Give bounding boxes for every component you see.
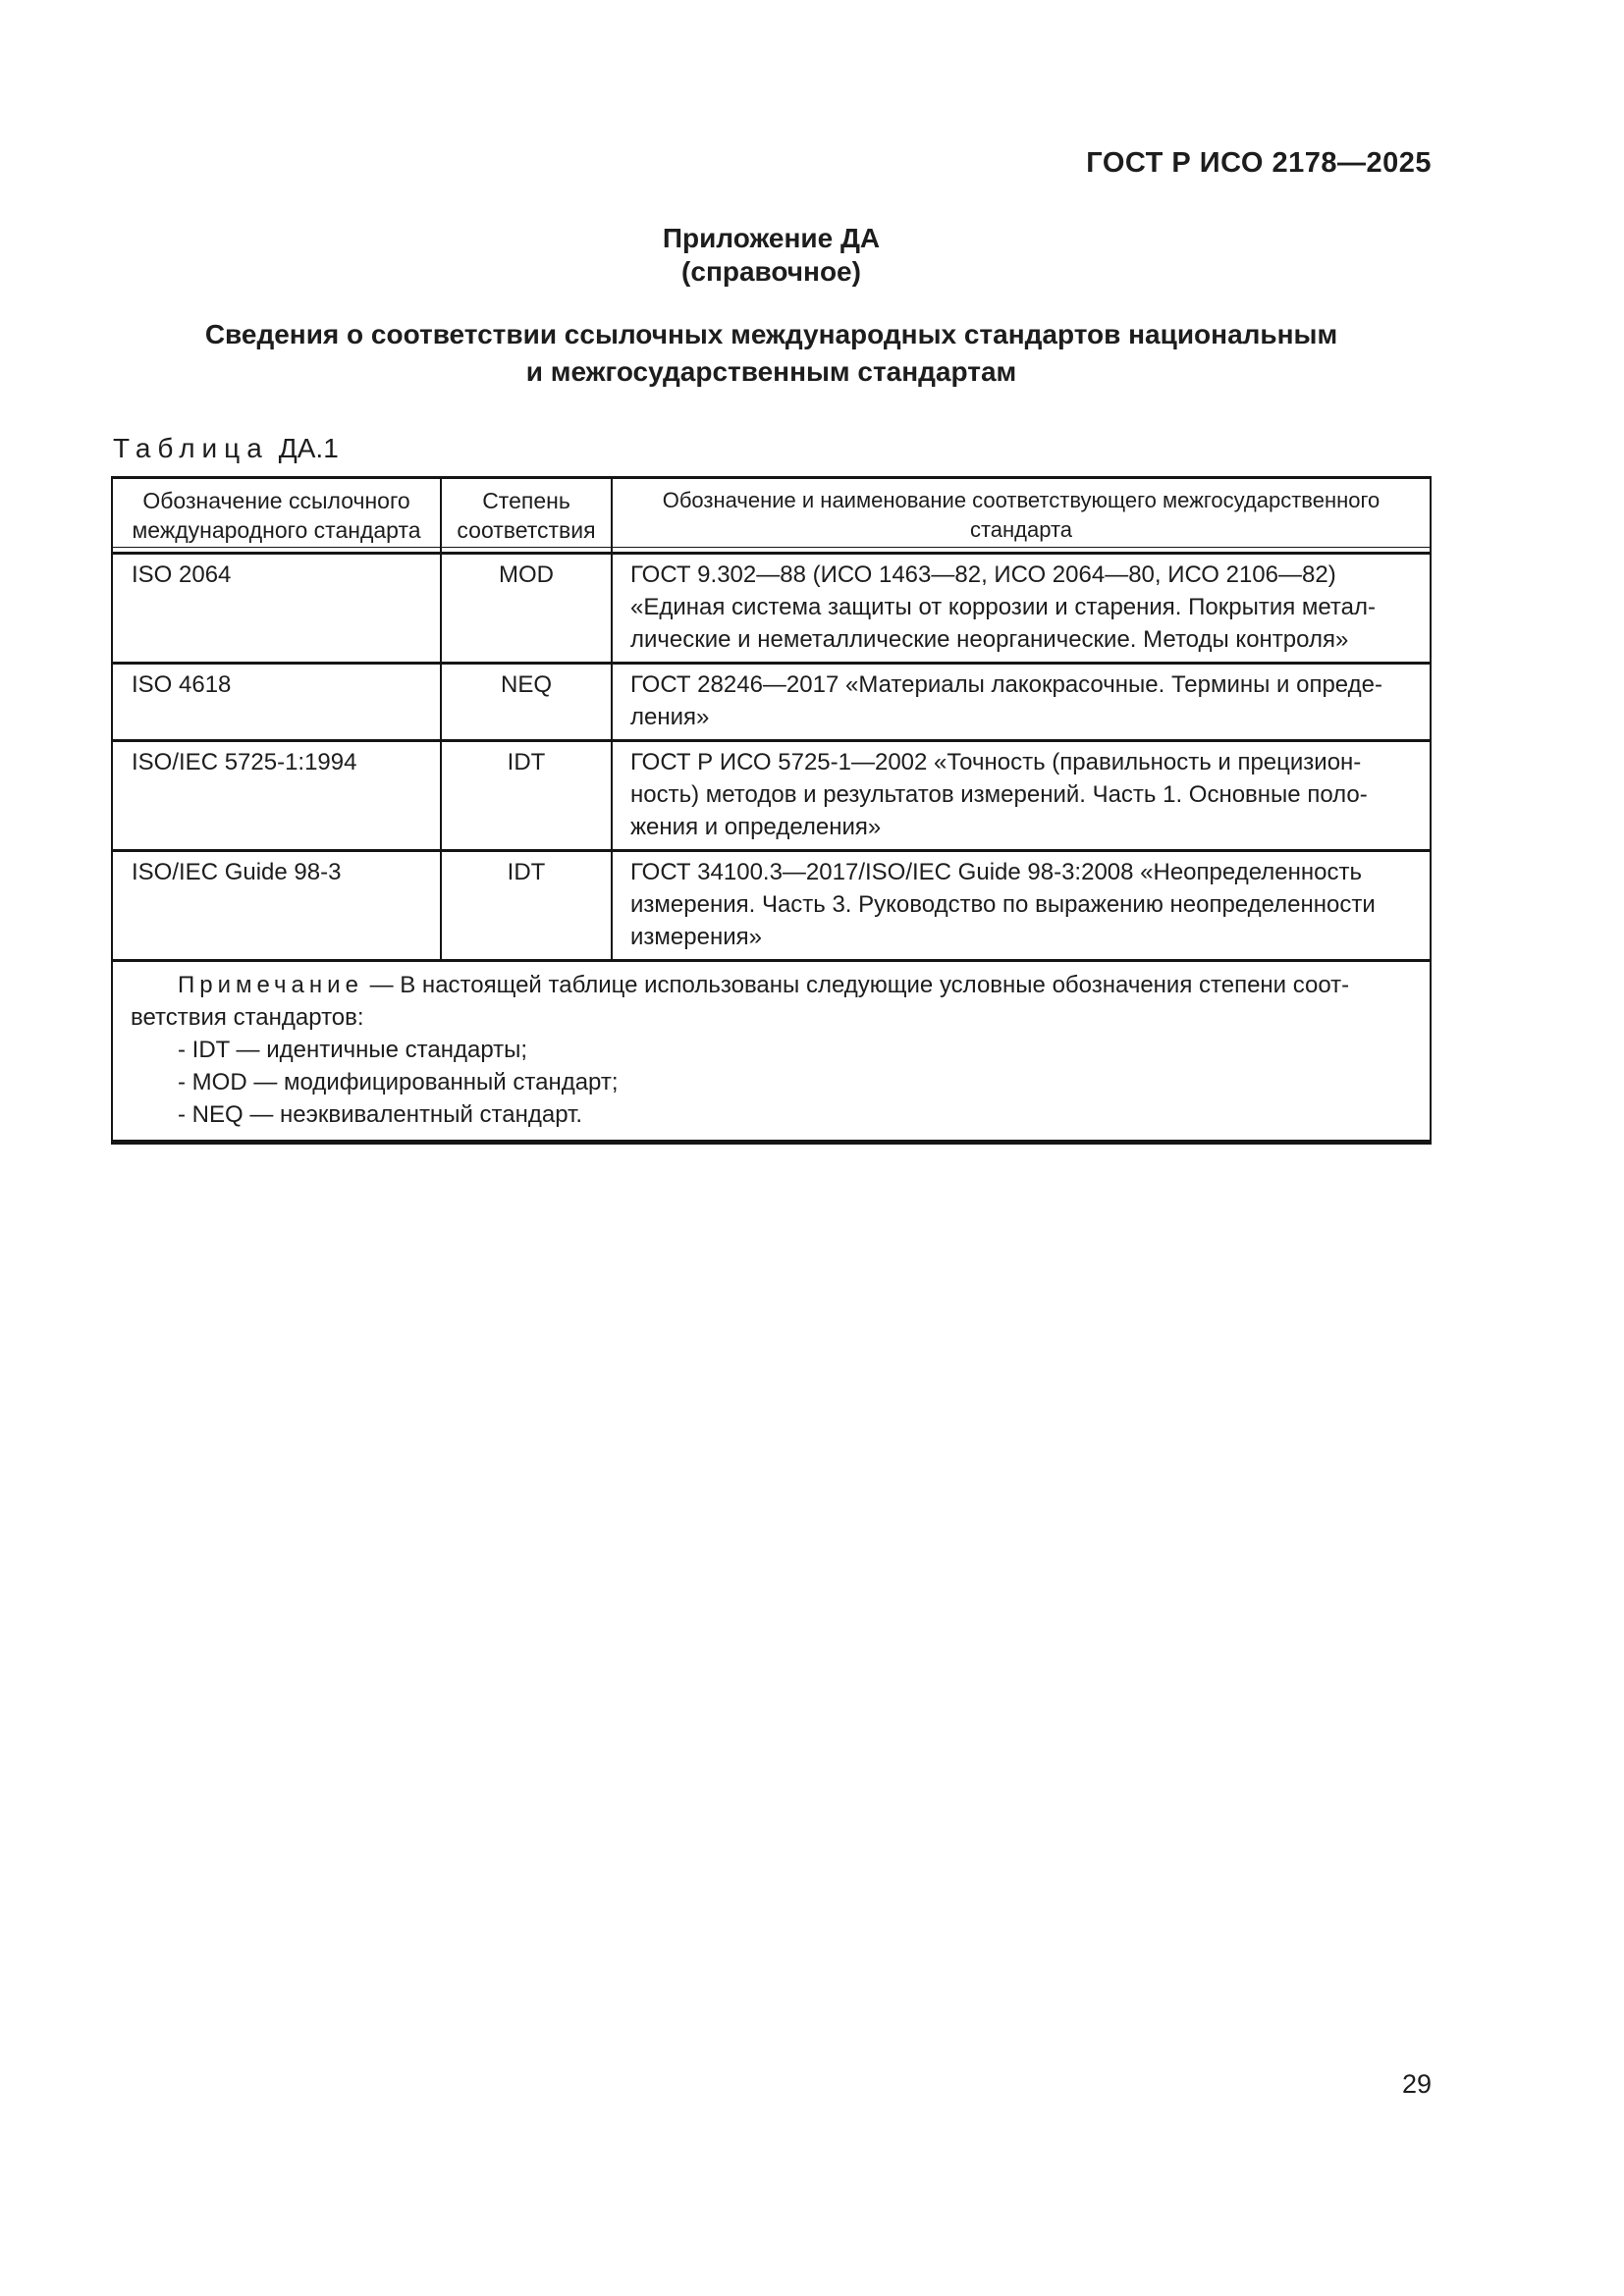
document-header: ГОСТ Р ИСО 2178—2025 xyxy=(111,147,1432,180)
header-separator-double-line xyxy=(113,547,1430,555)
cell-corresponding-standard: ГОСТ 34100.3—2017/ISO/IEC Guide 98-3:200… xyxy=(613,852,1430,959)
cell-corresponding-standard: ГОСТ 9.302—88 (ИСО 1463—82, ИСО 2064—80,… xyxy=(613,555,1430,662)
section-heading: Сведения о соответствии ссылочных междун… xyxy=(111,316,1432,391)
correspondence-table: Обозначение ссылочного международного ст… xyxy=(111,476,1432,1145)
table-caption: ТаблицаДА.1 xyxy=(113,433,339,464)
note-item: - IDT — идентичные стандарты; xyxy=(131,1034,1414,1066)
cell-standard: ISO 4618 xyxy=(113,665,442,739)
appendix-title-block: Приложение ДА (справочное) xyxy=(111,222,1432,289)
table-row: ISO/IEC Guide 98-3 IDT ГОСТ 34100.3—2017… xyxy=(113,852,1430,962)
table-row: ISO 4618 NEQ ГОСТ 28246—2017 «Материалы … xyxy=(113,665,1430,742)
cell-standard: ISO/IEC 5725-1:1994 xyxy=(113,742,442,849)
page-number: 29 xyxy=(111,2069,1432,2100)
note-item: - MOD — модифицированный стандарт; xyxy=(131,1066,1414,1098)
note-item: - NEQ — неэквивалентный стандарт. xyxy=(131,1098,1414,1131)
cell-standard: ISO/IEC Guide 98-3 xyxy=(113,852,442,959)
appendix-type: (справочное) xyxy=(111,255,1432,289)
note-paragraph: Примечание — В настоящей таблице использ… xyxy=(131,969,1414,1034)
cell-corresponding-standard: ГОСТ Р ИСО 5725-1—2002 «Точность (правил… xyxy=(613,742,1430,849)
cell-degree: IDT xyxy=(442,852,613,959)
table-note: Примечание — В настоящей таблице использ… xyxy=(113,962,1430,1140)
table-caption-number: ДА.1 xyxy=(279,433,339,463)
table-row: ISO 2064 MOD ГОСТ 9.302—88 (ИСО 1463—82,… xyxy=(113,555,1430,665)
column-header-reference-standard: Обозначение ссылочного международного ст… xyxy=(113,479,442,547)
cell-corresponding-standard: ГОСТ 28246—2017 «Материалы лакокрасочные… xyxy=(613,665,1430,739)
table-caption-word: Таблица xyxy=(113,433,269,463)
column-header-degree: Степень соответствия xyxy=(442,479,613,547)
appendix-name: Приложение ДА xyxy=(111,222,1432,255)
cell-degree: NEQ xyxy=(442,665,613,739)
cell-degree: MOD xyxy=(442,555,613,662)
table-header-row: Обозначение ссылочного международного ст… xyxy=(113,479,1430,547)
cell-degree: IDT xyxy=(442,742,613,849)
cell-standard: ISO 2064 xyxy=(113,555,442,662)
table-row: ISO/IEC 5725-1:1994 IDT ГОСТ Р ИСО 5725-… xyxy=(113,742,1430,852)
column-header-corresponding-standard: Обозначение и наименование соответствующ… xyxy=(613,479,1430,547)
note-label: Примечание xyxy=(178,972,363,998)
document-page: ГОСТ Р ИСО 2178—2025 Приложение ДА (спра… xyxy=(0,0,1624,2296)
